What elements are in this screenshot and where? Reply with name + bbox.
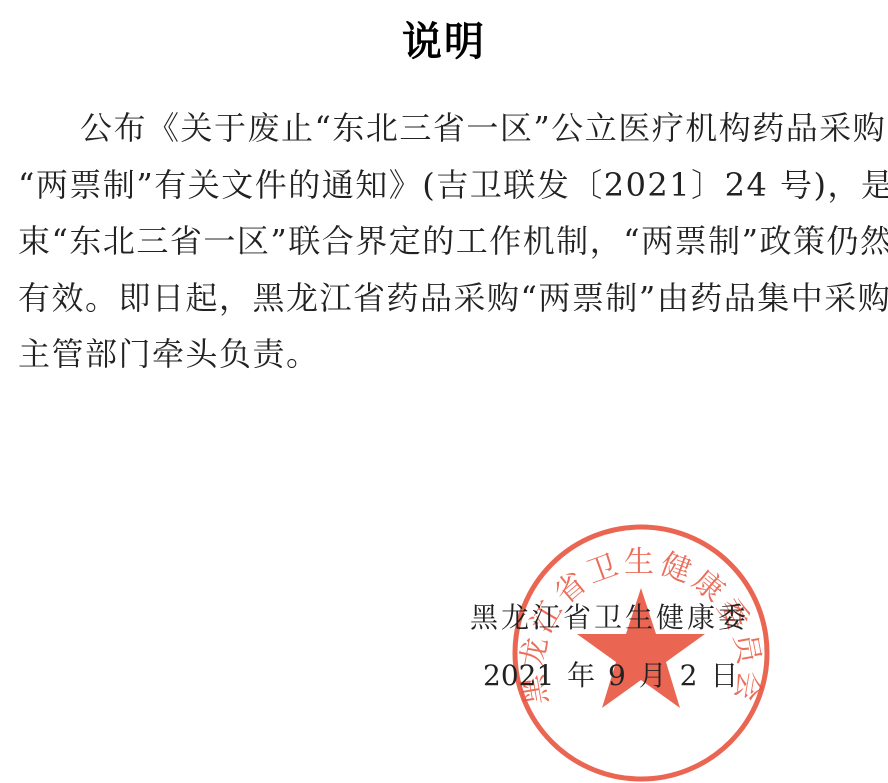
body-line: 有效。即日起，黑龙江省药品采购“两票制”由药品集中采购 [18,270,848,327]
document-title: 说明 [0,14,888,70]
body-line: 主管部门牵头负责。 [18,326,848,383]
signature-date: 2021 年 9 月 2 日 [483,656,738,696]
official-seal: 黑龙江省卫生健康委员会 [510,522,772,783]
document-body: 公布《关于废止“东北三省一区”公立医疗机构药品采购 “两票制”有关文件的通知》(… [18,100,848,383]
body-line: 束“东北三省一区”联合界定的工作机制，“两票制”政策仍然 [18,213,848,270]
signature-organization: 黑龙江省卫生健康委 [470,598,749,638]
body-line: “两票制”有关文件的通知》(吉卫联发〔2021〕24 号)，是结 [18,157,848,214]
body-line: 公布《关于废止“东北三省一区”公立医疗机构药品采购 [18,100,848,157]
